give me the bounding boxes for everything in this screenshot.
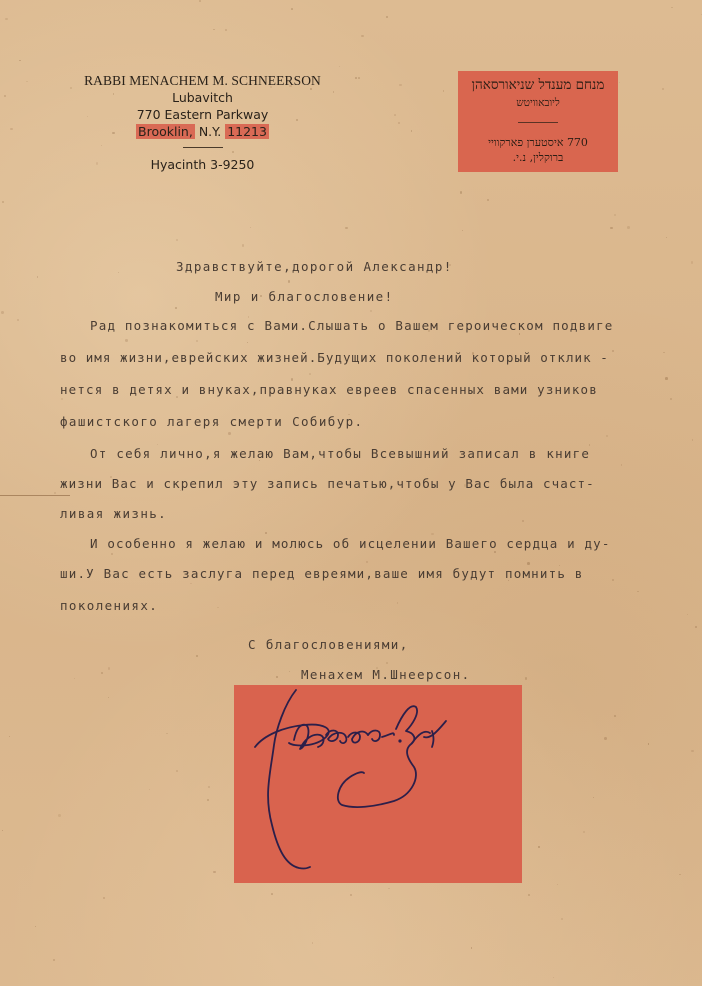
letterhead-hebrew: מנחם מענדל שניאורסאהן ליובאוויטש 770 איס… xyxy=(458,71,618,172)
redacted-city: Brooklin, xyxy=(136,124,195,139)
letter-line: ши.У Вас есть заслуга перед евреями,ваше… xyxy=(60,566,584,581)
letterhead-state: N.Y. xyxy=(195,124,225,139)
letter-signature-name: Менахем М.Шнеерсон. xyxy=(301,667,471,682)
letter-blessing: Мир и благословение! xyxy=(215,289,394,304)
letter-line: во имя жизни,еврейских жизней.Будущих по… xyxy=(60,350,609,365)
letterhead-line2: 770 Eastern Parkway xyxy=(80,106,325,123)
letter-line: От себя лично,я желаю Вам,чтобы Всевышни… xyxy=(90,446,590,461)
hebrew-subtitle: ליובאוויטש xyxy=(458,96,618,110)
letterhead-city-line: Brooklin, N.Y. 11213 xyxy=(80,123,325,140)
letterhead-line1: Lubavitch xyxy=(80,89,325,106)
letter-line: поколениях. xyxy=(60,598,158,613)
hebrew-divider xyxy=(518,122,558,123)
paper-fold-crease xyxy=(0,495,70,496)
letterhead-english: RABBI MENACHEM M. SCHNEERSON Lubavitch 7… xyxy=(80,72,325,173)
letter-line: жизни Вас и скрепил эту запись печатью,ч… xyxy=(60,476,595,491)
letter-line: нется в детях и внуках,правнуках евреев … xyxy=(60,382,598,397)
redacted-zip: 11213 xyxy=(225,124,269,139)
handwritten-signature-icon xyxy=(234,685,522,883)
hebrew-name: מנחם מענדל שניאורסאהן xyxy=(458,77,618,93)
hebrew-address-1: 770 איסטערן פארקוויי xyxy=(458,135,618,150)
letterhead-name: RABBI MENACHEM M. SCHNEERSON xyxy=(80,72,325,89)
letter-greeting: Здравствуйте,дорогой Александр! xyxy=(176,259,453,274)
letterhead-divider xyxy=(183,147,223,148)
letter-line: фашистского лагеря смерти Собибур. xyxy=(60,414,363,429)
letter-line: Рад познакомиться с Вами.Слышать о Вашем… xyxy=(90,318,614,333)
letter-line: ливая жизнь. xyxy=(60,506,167,521)
letter-line: И особенно я желаю и молюсь об исцелении… xyxy=(90,536,611,551)
letter-closing: С благословениями, xyxy=(248,637,409,652)
signature-box xyxy=(234,685,522,883)
hebrew-address-2: ברוקלין, נ.י. xyxy=(458,150,618,165)
letterhead-phone: Hyacinth 3-9250 xyxy=(80,156,325,173)
